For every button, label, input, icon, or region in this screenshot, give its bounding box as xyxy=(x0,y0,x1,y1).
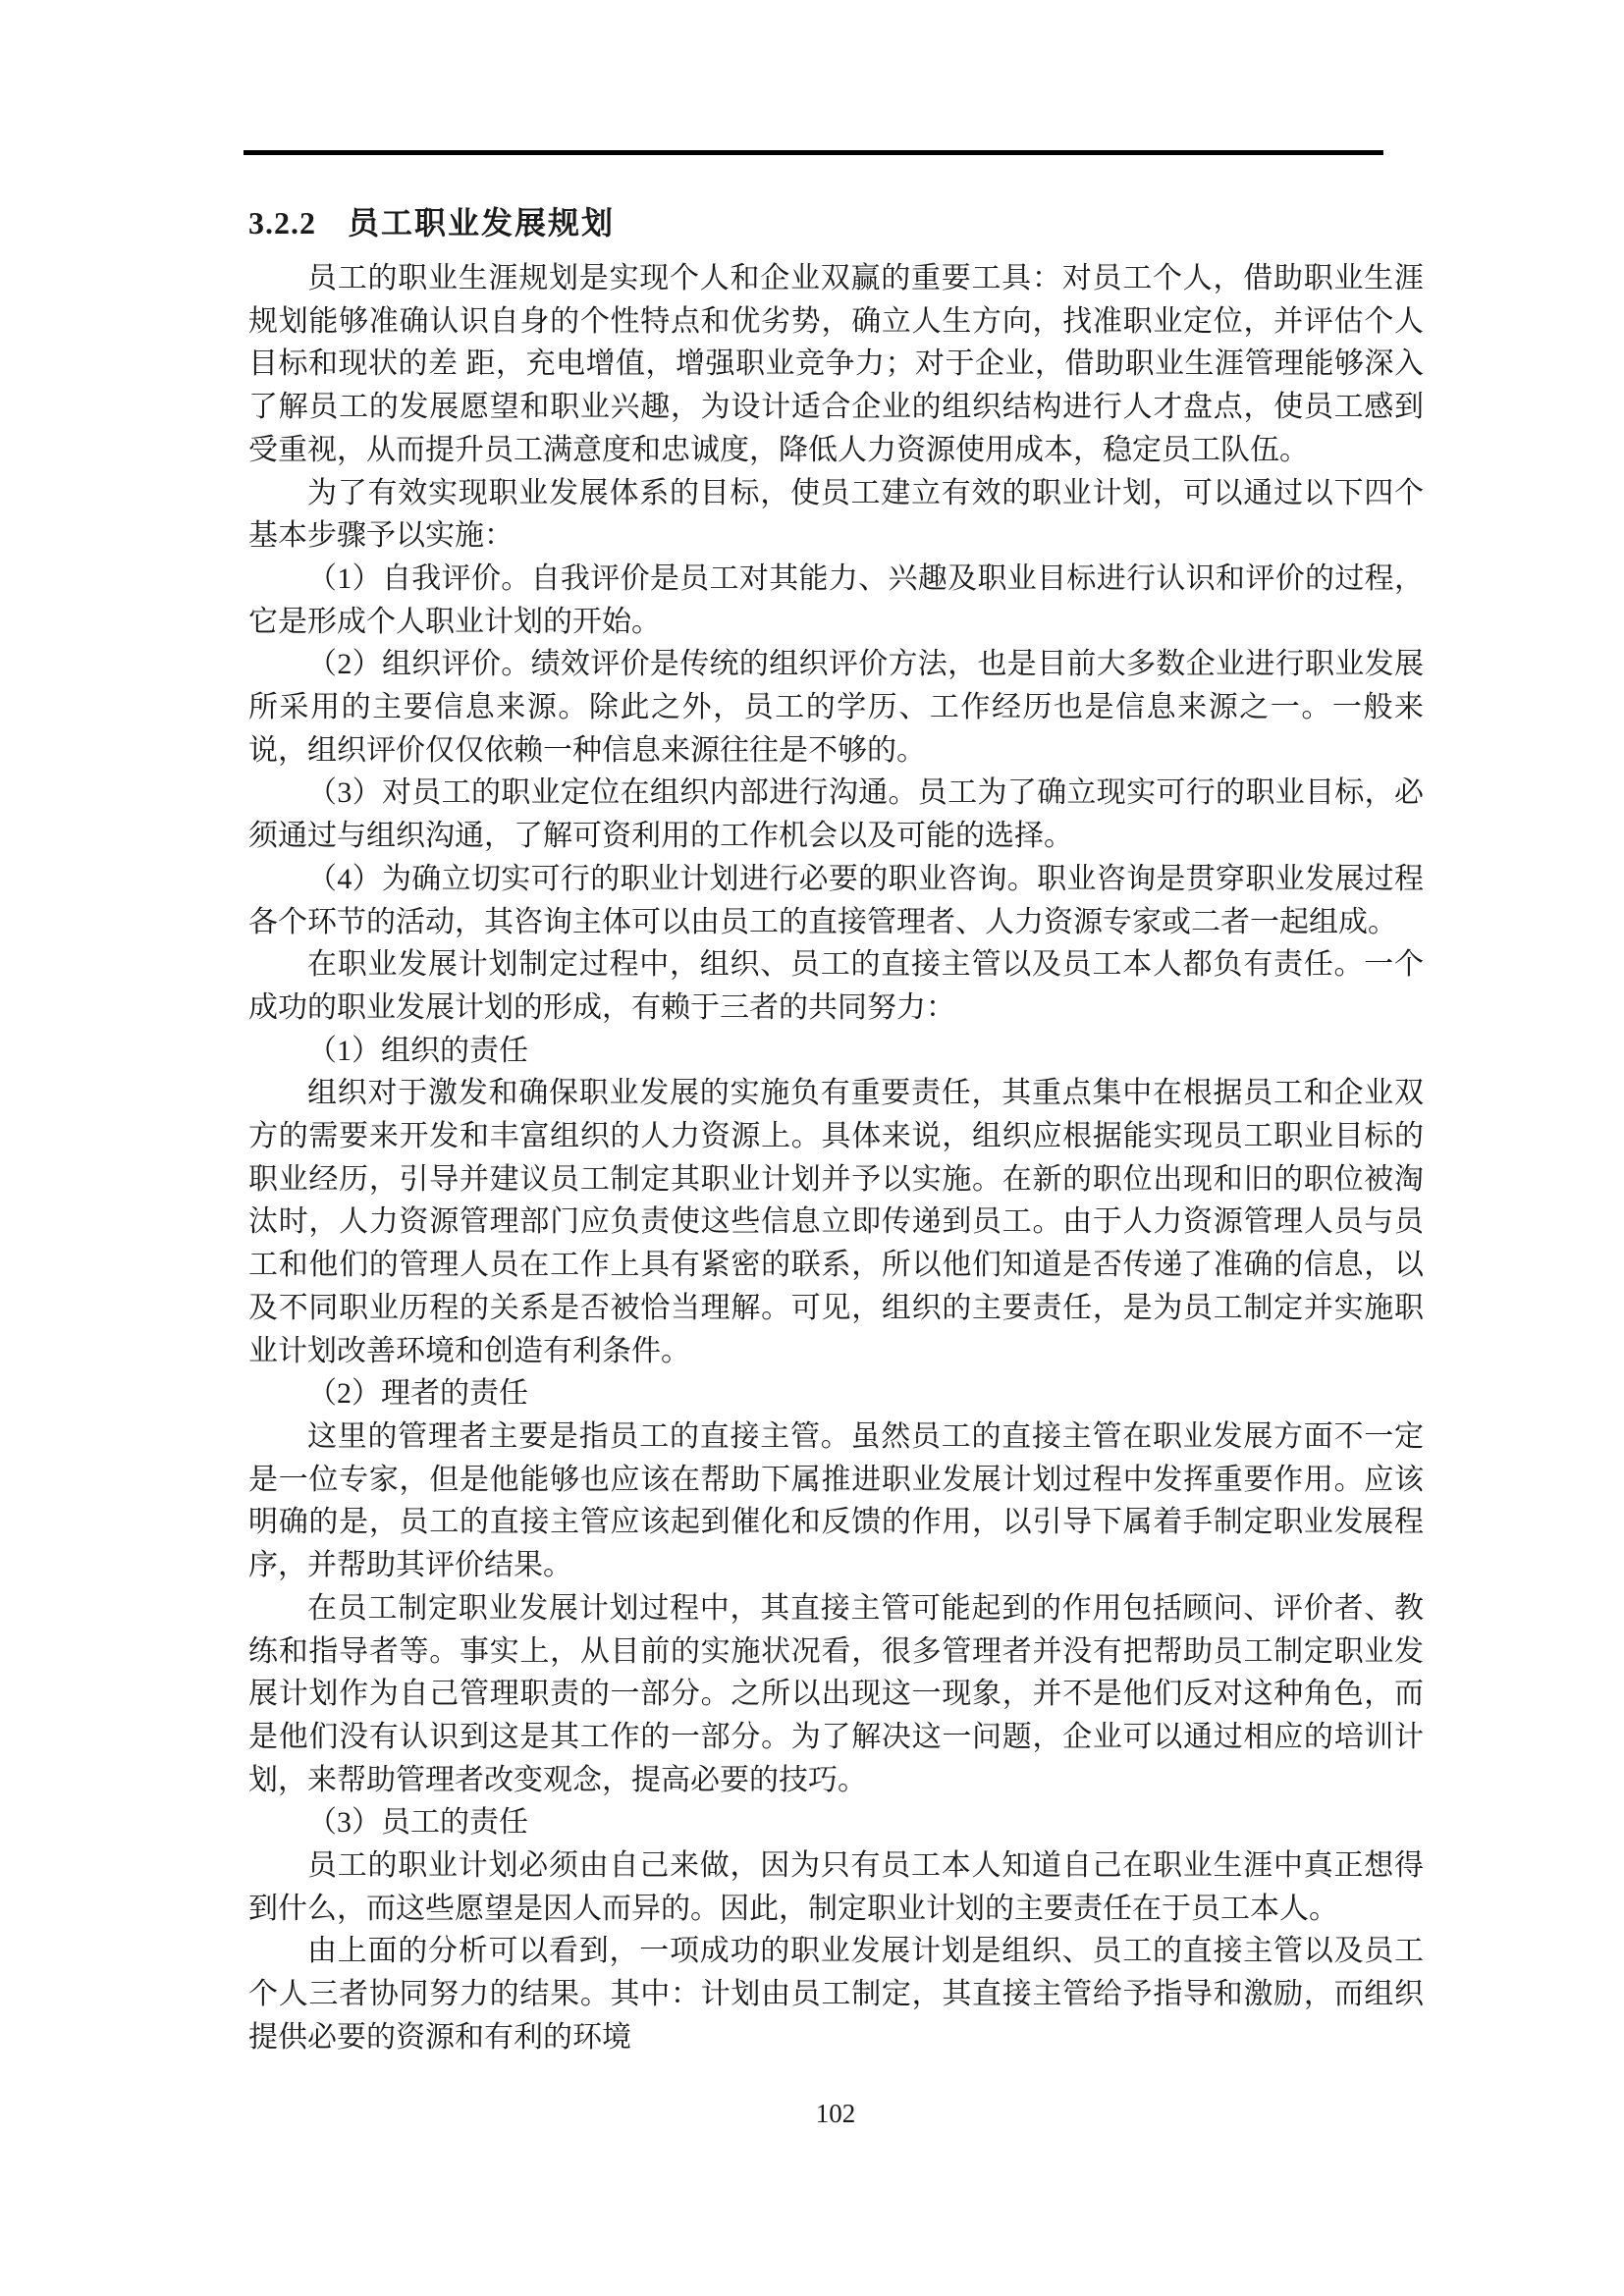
paragraph: 在职业发展计划制定过程中，组织、员工的直接主管以及员工本人都负有责任。一个成功的… xyxy=(248,943,1424,1029)
section-number: 3.2.2 xyxy=(248,205,316,240)
document-body: 员工的职业生涯规划是实现个人和企业双赢的重要工具：对员工个人，借助职业生涯规划能… xyxy=(248,257,1424,2059)
paragraph: （3）对员工的职业定位在组织内部进行沟通。员工为了确立现实可行的职业目标，必须通… xyxy=(248,772,1424,857)
section-title: 员工职业发展规划 xyxy=(348,205,615,240)
document-page: 3.2.2 员工职业发展规划 员工的职业生涯规划是实现个人和企业双赢的重要工具：… xyxy=(0,0,1624,2296)
paragraph: 员工的职业生涯规划是实现个人和企业双赢的重要工具：对员工个人，借助职业生涯规划能… xyxy=(248,257,1424,472)
paragraph: 为了有效实现职业发展体系的目标，使员工建立有效的职业计划，可以通过以下四个基本步… xyxy=(248,472,1424,558)
paragraph: （1）自我评价。自我评价是员工对其能力、兴趣及职业目标进行认识和评价的过程，它是… xyxy=(248,558,1424,643)
paragraph: （2）组织评价。绩效评价是传统的组织评价方法，也是目前大多数企业进行职业发展所采… xyxy=(248,643,1424,772)
header-rule xyxy=(244,150,1383,155)
paragraph: （3）员工的责任 xyxy=(248,1801,1424,1844)
paragraph: （4）为确立切实可行的职业计划进行必要的职业咨询。职业咨询是贯穿职业发展过程各个… xyxy=(248,858,1424,943)
paragraph: （1）组织的责任 xyxy=(248,1030,1424,1073)
paragraph: 员工的职业计划必须由自己来做，因为只有员工本人知道自己在职业生涯中真正想得到什么… xyxy=(248,1844,1424,1930)
section-heading: 3.2.2 员工职业发展规划 xyxy=(248,203,615,242)
paragraph: 在员工制定职业发展计划过程中，其直接主管可能起到的作用包括顾问、评价者、教练和指… xyxy=(248,1587,1424,1802)
paragraph: 这里的管理者主要是指员工的直接主管。虽然员工的直接主管在职业发展方面不一定是一位… xyxy=(248,1415,1424,1587)
paragraph: 由上面的分析可以看到，一项成功的职业发展计划是组织、员工的直接主管以及员工个人三… xyxy=(248,1930,1424,2058)
paragraph: （2）理者的责任 xyxy=(248,1372,1424,1415)
page-number: 102 xyxy=(816,2099,856,2128)
paragraph: 组织对于激发和确保职业发展的实施负有重要责任，其重点集中在根据员工和企业双方的需… xyxy=(248,1072,1424,1372)
